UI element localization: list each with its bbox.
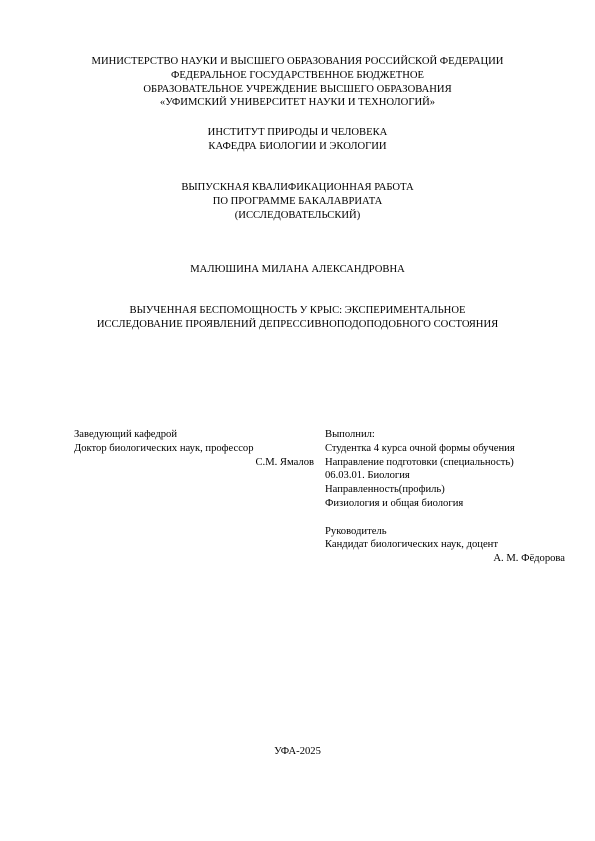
supervisor-block: Руководитель Кандидат биологических наук… (325, 525, 565, 566)
performer-line: Студентка 4 курса очной формы обучения (325, 442, 565, 456)
author-name-text: МАЛЮШИНА МИЛАНА АЛЕКСАНДРОВНА (0, 263, 595, 277)
performer-line: Направление подготовки (специальность) (325, 456, 565, 470)
institute-block: ИНСТИТУТ ПРИРОДЫ И ЧЕЛОВЕКА КАФЕДРА БИОЛ… (0, 126, 595, 154)
ministry-header: МИНИСТЕРСТВО НАУКИ И ВЫСШЕГО ОБРАЗОВАНИЯ… (0, 55, 595, 110)
ministry-line: ФЕДЕРАЛЬНОЕ ГОСУДАРСТВЕННОЕ БЮДЖЕТНОЕ (0, 69, 595, 83)
performer-line: Физиология и общая биология (325, 497, 565, 511)
head-label: Заведующий кафедрой (74, 428, 314, 442)
work-type-line: ВЫПУСКНАЯ КВАЛИФИКАЦИОННАЯ РАБОТА (0, 181, 595, 195)
thesis-title: ВЫУЧЕННАЯ БЕСПОМОЩНОСТЬ У КРЫС: ЭКСПЕРИМ… (0, 304, 595, 332)
ministry-line: ОБРАЗОВАТЕЛЬНОЕ УЧРЕЖДЕНИЕ ВЫСШЕГО ОБРАЗ… (0, 83, 595, 97)
author-name: МАЛЮШИНА МИЛАНА АЛЕКСАНДРОВНА (0, 263, 595, 277)
city-year: УФА-2025 (0, 745, 595, 759)
head-name: С.М. Ямалов (74, 456, 314, 470)
work-type-line: (ИССЛЕДОВАТЕЛЬСКИЙ) (0, 209, 595, 223)
work-type-block: ВЫПУСКНАЯ КВАЛИФИКАЦИОННАЯ РАБОТА ПО ПРО… (0, 181, 595, 222)
ministry-line: МИНИСТЕРСТВО НАУКИ И ВЫСШЕГО ОБРАЗОВАНИЯ… (0, 55, 595, 69)
city-year-text: УФА-2025 (0, 745, 595, 759)
performer-label: Выполнил: (325, 428, 565, 442)
work-type-line: ПО ПРОГРАММЕ БАКАЛАВРИАТА (0, 195, 595, 209)
supervisor-degree: Кандидат биологических наук, доцент (325, 538, 565, 552)
thesis-title-line: ВЫУЧЕННАЯ БЕСПОМОЩНОСТЬ У КРЫС: ЭКСПЕРИМ… (0, 304, 595, 318)
institute-name: ИНСТИТУТ ПРИРОДЫ И ЧЕЛОВЕКА (0, 126, 595, 140)
department-name: КАФЕДРА БИОЛОГИИ И ЭКОЛОГИИ (0, 140, 595, 154)
head-of-department-block: Заведующий кафедрой Доктор биологических… (74, 428, 314, 469)
thesis-title-line: ИССЛЕДОВАНИЕ ПРОЯВЛЕНИЙ ДЕПРЕССИВНОПОДОП… (0, 318, 595, 332)
supervisor-name: А. М. Фёдорова (325, 552, 565, 566)
spacer (325, 511, 565, 525)
performer-block: Выполнил: Студентка 4 курса очной формы … (325, 428, 565, 566)
supervisor-label: Руководитель (325, 525, 565, 539)
performer-line: 06.03.01. Биология (325, 469, 565, 483)
head-degree: Доктор биологических наук, профессор (74, 442, 314, 456)
university-name: «УФИМСКИЙ УНИВЕРСИТЕТ НАУКИ И ТЕХНОЛОГИЙ… (0, 96, 595, 110)
performer-line: Направленность(профиль) (325, 483, 565, 497)
